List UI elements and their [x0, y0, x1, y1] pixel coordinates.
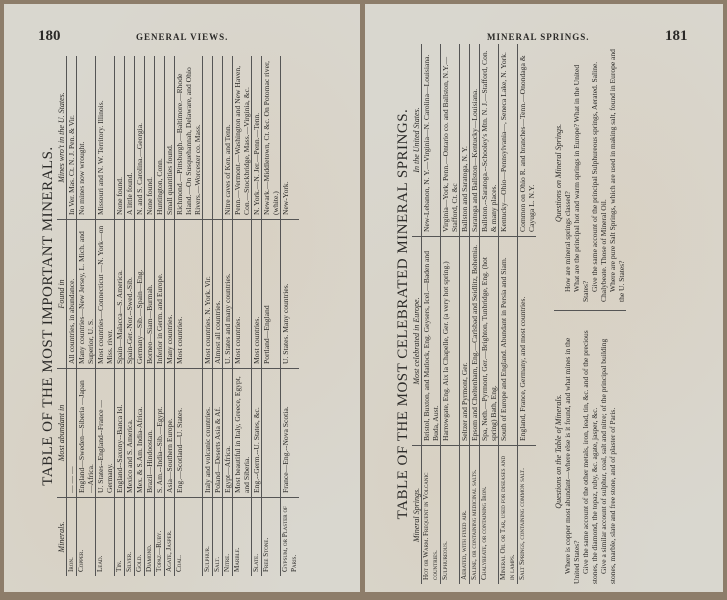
us-mines-cell: Missouri and N. W. Territory. Illinois. [96, 56, 115, 220]
us-mines-cell: Penn.—Vermont.—Washington and New Haven,… [233, 56, 252, 220]
most-abundant-cell: France—Eng.--Nova Scotia. [281, 369, 300, 498]
table-row: Copper.England—Sweden—Siberia —Japan—Afr… [77, 56, 96, 576]
found-in-cell: U. States and many countries. [223, 220, 233, 369]
table-row: Aerated, with fixed air.Seltzer and Pyrm… [460, 44, 470, 584]
table-row: Silver.Mexico and S. America.Spain-Ger.-… [125, 56, 135, 576]
spring-kind: Aerated, with fixed air. [460, 446, 470, 585]
minerals-table: Minerals. Most abundant in Found in Mine… [57, 56, 299, 576]
mineral-name: Gypsum, or Plaster of Paris. [281, 498, 300, 577]
mineral-name: Topaz—Ruby. [155, 498, 165, 577]
col-header-springs: Mineral Springs. [412, 446, 422, 585]
found-in-cell: Most countries—Connecticut —N. York—on M… [96, 220, 115, 369]
us-mines-cell: New-York. [281, 56, 300, 220]
spring-kind: Saline, or containing medicinal salts. [470, 446, 480, 585]
us-mines-cell: Nitre caves of Ken. and Tenn. [223, 56, 233, 220]
mineral-name: Copper. [77, 498, 96, 577]
question-paragraph: What are the principal hot and warm spri… [572, 44, 590, 302]
table-row: Salt Springs, containing common salt.Eng… [518, 44, 537, 584]
found-in-cell: Most countries. [252, 220, 262, 369]
table-row: Saline, or containing medicinal salts.Ep… [470, 44, 480, 584]
us-mines-cell: A little found. [125, 56, 135, 220]
question-paragraph: Where are pure Salt Springs, which are u… [608, 44, 626, 302]
spring-kind: Mineral Oil or Tar, used for diseases an… [499, 446, 518, 585]
us-mines-cell [213, 56, 223, 220]
minerals-table-title: TABLE OF THE MOST IMPORTANT MINERALS. [40, 56, 57, 576]
spring-kind: Chalybeate, or containing Iron. [480, 446, 499, 585]
found-in-cell: Almost all countries. [213, 220, 223, 369]
col-header-minerals: Minerals. [57, 498, 67, 577]
us-mines-cell: Newark.—Middletown, Ct. &c. On Potomac r… [262, 56, 281, 220]
question-paragraph: How are mineral springs classed? [563, 44, 572, 302]
most-abundant-cell: Eng.—Scotland—U. States. [175, 369, 203, 498]
found-in-cell: U. States. Many countries. [281, 220, 300, 369]
us-cell: Saratoga and Ballston—Kentucky—Louisiana… [470, 44, 480, 237]
most-abundant-cell: Mexico and S. America. [125, 369, 135, 498]
mineral-name: Nitre. [223, 498, 233, 577]
questions-springs-heading: Questions on Mineral Springs. [554, 44, 563, 302]
page-number-left: 180 [38, 28, 61, 45]
us-cell: Ballston and Saratoga, N. Y. [460, 44, 470, 237]
table-row: Tin.England--Saxony--Banca Isl.Spain—Mal… [115, 56, 125, 576]
most-abundant-cell: England--Saxony--Banca Isl. [115, 369, 125, 498]
questions-section: Questions on the Table of Minerals. Wher… [554, 44, 626, 584]
mineral-name: Lead. [96, 498, 115, 577]
found-in-cell: Borneo—Siam—Burmah. [145, 220, 155, 369]
europe-cell: South of Europe and England. Abundant in… [499, 237, 518, 446]
table-row: Salt.Poland—Deserts Asia & Af.Almost all… [213, 56, 223, 576]
most-abundant-cell: Poland—Deserts Asia & Af. [213, 369, 223, 498]
table-row: Sulphur.Italy and volcanic countries.Mos… [203, 56, 213, 576]
running-head-left: GENERAL VIEWS. [136, 32, 228, 42]
most-abundant-cell: Most beautiful in Italy, Greece, Egypt, … [233, 369, 252, 498]
mineral-name: Coal. [175, 498, 203, 577]
most-abundant-cell: — — — [67, 369, 77, 498]
table-row: Hot or Warm. Frequent in Volcanic countr… [422, 44, 441, 584]
mineral-name: Slate. [252, 498, 262, 577]
mineral-name: Tin. [115, 498, 125, 577]
us-cell: Virginia—York, Penn.—Ontario co. and Bal… [441, 44, 460, 237]
table-row: Diamond.Brazil—Hindoostan.Borneo—Siam—Bu… [145, 56, 155, 576]
us-cell: New-Lebanon, N. Y.—Virginia—N. Carolina—… [422, 44, 441, 237]
us-mines-cell: No mines now wrought. [77, 56, 96, 220]
found-in-cell: Many countries—New Jersey, L. Mich. and … [77, 220, 96, 369]
table-row: Agate, Jasper.Asia—Southern Europe.Many … [165, 56, 175, 576]
most-abundant-cell [262, 369, 281, 498]
mineral-name: Iron. [67, 498, 77, 577]
mineral-name: Gold. [135, 498, 145, 577]
col-header-found: Found in [57, 220, 67, 369]
found-in-cell: Spain-Ger.-Nor.--Swed.-Sib. [125, 220, 135, 369]
mineral-name: Marble. [233, 498, 252, 577]
page-number-right: 181 [665, 28, 688, 45]
found-in-cell: All countries, in abundance. [67, 220, 77, 369]
table-row: Sulphureous.Harrowgate, Eng. Aix la Chap… [441, 44, 460, 584]
mineral-name: Sulphur. [203, 498, 213, 577]
found-in-cell: Most countries. N. York. Vir. [203, 220, 213, 369]
spring-kind: Sulphureous. [441, 446, 460, 585]
europe-cell: Epsom and Cheltenham, Eng.—Carlsbad and … [470, 237, 480, 446]
col-header-abundant: Most abundant in [57, 369, 67, 498]
table-row: Gypsum, or Plaster of Paris.France—Eng.-… [281, 56, 300, 576]
us-cell: Common on Ohio R. and branches—Tenn.—Ono… [518, 44, 537, 237]
us-mines-cell [203, 56, 213, 220]
question-paragraph: Give the same account of the other metal… [581, 319, 599, 584]
us-mines-cell: Huntington, Conn. [155, 56, 165, 220]
table-row: Chalybeate, or containing Iron.Spa, Neth… [480, 44, 499, 584]
question-paragraph: Where is copper most abundant—where else… [563, 319, 581, 584]
col-header-us: In the United States. [412, 44, 422, 237]
found-in-cell: Germany—Sib.—Spain—Eng. [135, 220, 145, 369]
found-in-cell: Spain—Malacca—S. America. [115, 220, 125, 369]
spring-kind: Hot or Warm. Frequent in Volcanic countr… [422, 446, 441, 585]
us-mines-cell: In Ver. Mas. Ct. N. J. Pen. & Vir. [67, 56, 77, 220]
mineral-name: Free Stone. [262, 498, 281, 577]
question-paragraph: Give a similar account of sulphur, coal,… [599, 319, 617, 584]
table-row: Marble.Most beautiful in Italy, Greece, … [233, 56, 252, 576]
us-mines-cell: Richmond.—Pittsburgh.—Baltimore.—Rhode I… [175, 56, 203, 220]
most-abundant-cell: England—Sweden—Siberia —Japan—Africa. [77, 369, 96, 498]
found-in-cell: Portland—England [262, 220, 281, 369]
questions-minerals-heading: Questions on the Table of Minerals. [554, 319, 563, 584]
question-paragraph: Give the same account of the principal S… [590, 44, 608, 302]
found-in-cell: Many countries. [165, 220, 175, 369]
us-mines-cell: N. York.—N. Jer.—Penn.—Tenn. [252, 56, 262, 220]
spring-kind: Salt Springs, containing common salt. [518, 446, 537, 585]
minerals-table-block: TABLE OF THE MOST IMPORTANT MINERALS. Mi… [40, 56, 299, 576]
right-page: MINERAL SPRINGS. 181 TABLE OF THE MOST C… [365, 4, 723, 592]
us-mines-cell: None found. [115, 56, 125, 220]
mineral-name: Salt. [213, 498, 223, 577]
questions-springs: Questions on Mineral Springs. How are mi… [554, 44, 626, 310]
running-head-right: MINERAL SPRINGS. [487, 32, 590, 42]
most-abundant-cell: Egypt—Africa. [223, 369, 233, 498]
springs-table: Mineral Springs. Most celebrated in Euro… [412, 44, 536, 584]
most-abundant-cell: Italy and volcanic countries. [203, 369, 213, 498]
col-header-us-mines: Mines wro't in the U. States. [57, 56, 67, 220]
us-cell: Kentucky—Ohio—Pennsylvania—, Seneca Lake… [499, 44, 518, 237]
table-row: Gold.Mex. & S.Am. India-Africa.Germany—S… [135, 56, 145, 576]
most-abundant-cell: Mex. & S.Am. India-Africa. [135, 369, 145, 498]
mineral-name: Diamond. [145, 498, 155, 577]
table-row: Topaz—Ruby.S. Am.--India--Sib.—Egypt.Inf… [155, 56, 165, 576]
most-abundant-cell: U. States--England--France —Germany. [96, 369, 115, 498]
table-row: Free Stone.Portland—EnglandNewark.—Middl… [262, 56, 281, 576]
most-abundant-cell: Brazil—Hindoostan. [145, 369, 155, 498]
most-abundant-cell: S. Am.--India--Sib.—Egypt. [155, 369, 165, 498]
us-mines-cell: N. and S. Carolina.—Georgia. [135, 56, 145, 220]
found-in-cell: Most countries. [233, 220, 252, 369]
europe-cell: Harrowgate, Eng. Aix la Chapelle, Ger. (… [441, 237, 460, 446]
us-mines-cell: Small quantities found. [165, 56, 175, 220]
us-cell: Ballston.--Saratoga.--Schooley's Mtn. N.… [480, 44, 499, 237]
table-row: Coal.Eng.—Scotland—U. States.Most countr… [175, 56, 203, 576]
table-row: Mineral Oil or Tar, used for diseases an… [499, 44, 518, 584]
questions-minerals: Questions on the Table of Minerals. Wher… [554, 310, 626, 584]
springs-table-title: TABLE OF THE MOST CELEBRATED MINERAL SPR… [395, 44, 412, 584]
table-row: Slate.Eng.--Germ.--U. States, &c.Most co… [252, 56, 262, 576]
table-row: Lead.U. States--England--France —Germany… [96, 56, 115, 576]
table-row: Nitre.Egypt—Africa.U. States and many co… [223, 56, 233, 576]
left-page: 180 GENERAL VIEWS. TABLE OF THE MOST IMP… [4, 4, 360, 592]
springs-block: TABLE OF THE MOST CELEBRATED MINERAL SPR… [395, 44, 626, 584]
col-header-europe: Most celebrated in Europe. [412, 237, 422, 446]
mineral-name: Agate, Jasper. [165, 498, 175, 577]
europe-cell: Spa, Neth.—Pyrmont, Ger.—Brighton, Tunbr… [480, 237, 499, 446]
europe-cell: Bristol, Buxton, and Matlock, Eng. Geyse… [422, 237, 441, 446]
found-in-cell: Inferior in Germ. and Europe. [155, 220, 165, 369]
europe-cell: England, France, Germany, and most count… [518, 237, 537, 446]
most-abundant-cell: Eng.--Germ.--U. States, &c. [252, 369, 262, 498]
mineral-name: Silver. [125, 498, 135, 577]
most-abundant-cell: Asia—Southern Europe. [165, 369, 175, 498]
found-in-cell: Most countries. [175, 220, 203, 369]
us-mines-cell: None found. [145, 56, 155, 220]
europe-cell: Seltzer and Pyrmont, Ger. [460, 237, 470, 446]
table-row: Iron.— — —All countries, in abundance.In… [67, 56, 77, 576]
